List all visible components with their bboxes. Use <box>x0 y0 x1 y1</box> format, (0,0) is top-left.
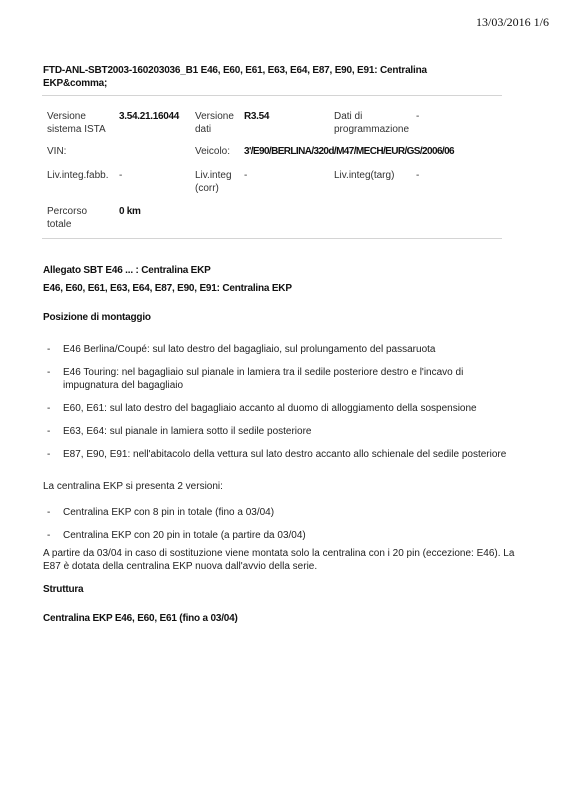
versione-ista-label: Versione sistema ISTA <box>47 110 117 136</box>
percorso-totale-value: 0 km <box>119 205 179 218</box>
vin-label: VIN: <box>47 145 117 158</box>
allegato-heading: Allegato SBT E46 ... : Centralina EKP <box>43 264 523 277</box>
bullet-dash: - <box>47 402 50 415</box>
bullet-dash: - <box>47 343 50 356</box>
veicolo-value: 3'/E90/BERLINA/320d/M47/MECH/EUR/GS/2006… <box>244 145 514 158</box>
page-date-and-number: 13/03/2016 1/6 <box>476 15 549 30</box>
list-item-text: E63, E64: sul pianale in lamiera sotto i… <box>63 425 517 438</box>
list-item: - Centralina EKP con 20 pin in totale (a… <box>47 529 517 542</box>
percorso-totale-label: Percorso totale <box>47 205 102 231</box>
list-item: - E63, E64: sul pianale in lamiera sotto… <box>47 425 517 438</box>
liv-integ-corr-label: Liv.integ (corr) <box>195 169 237 195</box>
bullet-dash: - <box>47 425 50 438</box>
liv-integ-corr-value: - <box>244 169 264 182</box>
list-item-text: E46 Berlina/Coupé: sul lato destro del b… <box>63 343 517 356</box>
liv-integ-fabb-label: Liv.integ.fabb. <box>47 169 119 182</box>
list-item-text: Centralina EKP con 8 pin in totale (fino… <box>63 506 517 519</box>
bullet-dash: - <box>47 529 50 542</box>
list-item-text: Centralina EKP con 20 pin in totale (a p… <box>63 529 517 542</box>
list-item: - E60, E61: sul lato destro del bagaglia… <box>47 402 517 415</box>
models-heading: E46, E60, E61, E63, E64, E87, E90, E91: … <box>43 282 523 295</box>
versions-intro: La centralina EKP si presenta 2 versioni… <box>43 480 523 493</box>
bullet-dash: - <box>47 448 50 461</box>
divider-top <box>42 95 502 96</box>
bullet-dash: - <box>47 366 50 379</box>
bullet-dash: - <box>47 506 50 519</box>
versione-dati-value: R3.54 <box>244 110 304 123</box>
document-title: FTD-ANL-SBT2003-160203036_B1 E46, E60, E… <box>43 64 483 90</box>
divider-bottom <box>42 238 502 239</box>
versione-dati-label: Versione dati <box>195 110 240 136</box>
versione-ista-value: 3.54.21.16044 <box>119 110 194 123</box>
replacement-note: A partire da 03/04 in caso di sostituzio… <box>43 547 521 573</box>
liv-integ-fabb-value: - <box>119 169 139 182</box>
dati-programmazione-label: Dati di programmazione <box>334 110 414 136</box>
list-item: - E46 Touring: nel bagagliaio sul pianal… <box>47 366 517 392</box>
liv-integ-targ-label: Liv.integ(targ) <box>334 169 414 182</box>
list-item: - E46 Berlina/Coupé: sul lato destro del… <box>47 343 517 356</box>
list-item-text: E60, E61: sul lato destro del bagagliaio… <box>63 402 517 415</box>
centralina-heading: Centralina EKP E46, E60, E61 (fino a 03/… <box>43 612 523 625</box>
posizione-heading: Posizione di montaggio <box>43 311 523 324</box>
list-item-text: E46 Touring: nel bagagliaio sul pianale … <box>63 366 517 392</box>
dati-programmazione-value: - <box>416 110 436 123</box>
list-item: - E87, E90, E91: nell'abitacolo della ve… <box>47 448 517 461</box>
liv-integ-targ-value: - <box>416 169 436 182</box>
list-item-text: E87, E90, E91: nell'abitacolo della vett… <box>63 448 517 461</box>
veicolo-label: Veicolo: <box>195 145 240 158</box>
struttura-heading: Struttura <box>43 583 523 596</box>
list-item: - Centralina EKP con 8 pin in totale (fi… <box>47 506 517 519</box>
